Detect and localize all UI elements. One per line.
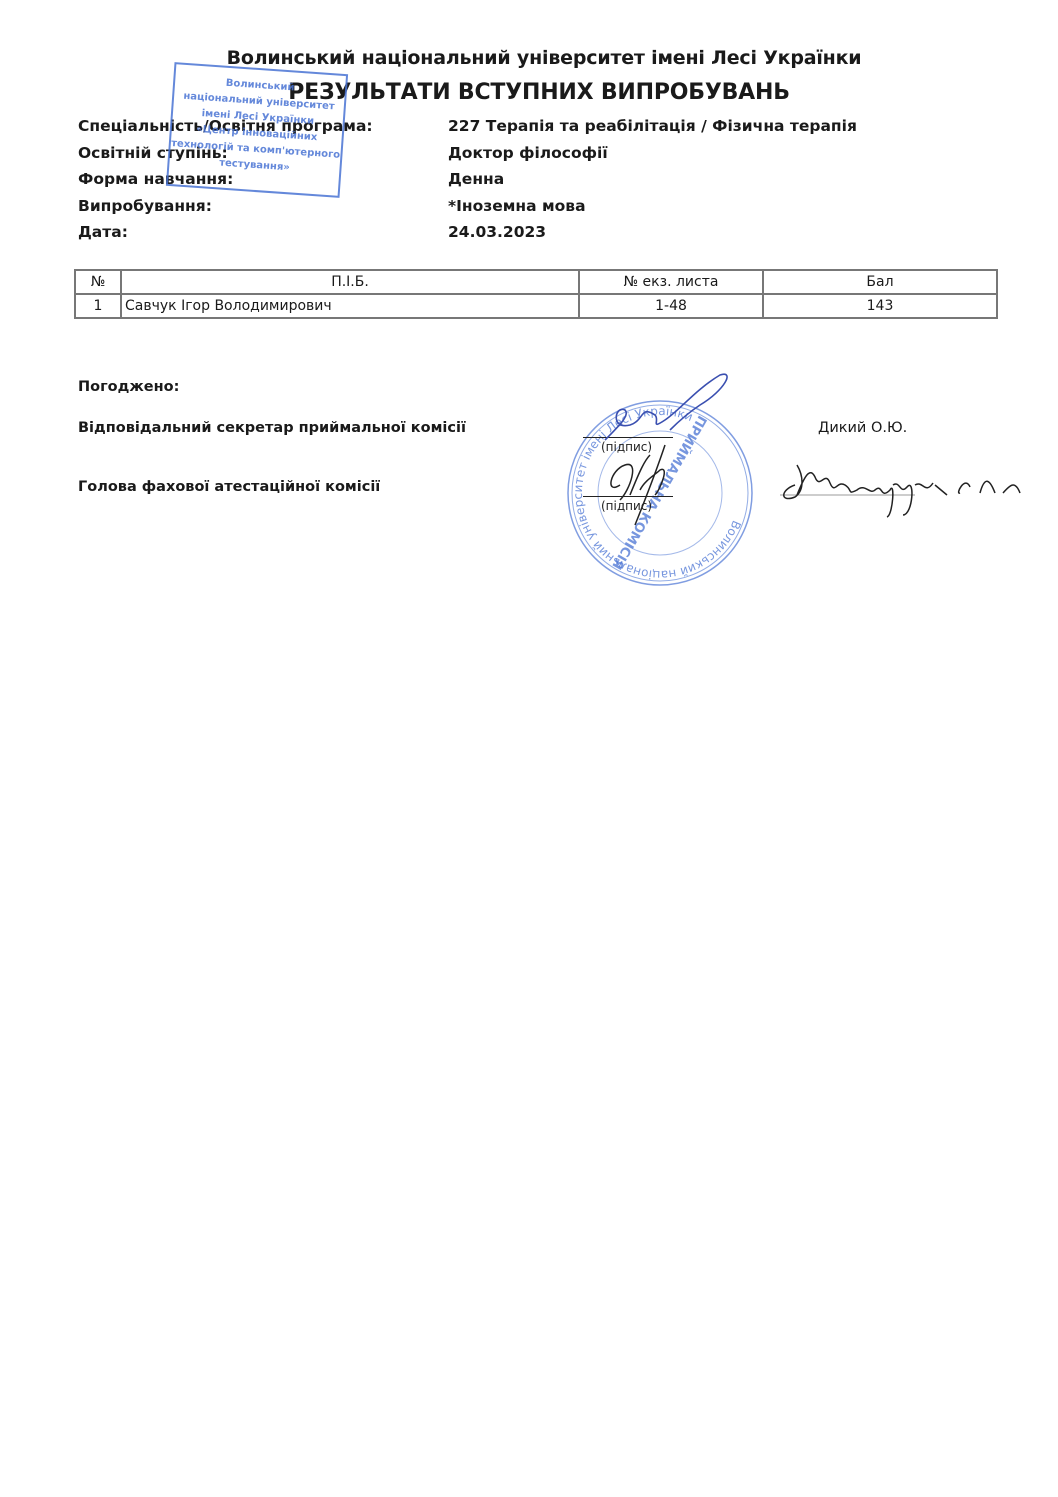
table-row: 1 Савчук Ігор Володимирович 1-48 143 <box>75 294 997 318</box>
cell-name: Савчук Ігор Володимирович <box>121 294 579 318</box>
header-name: П.І.Б. <box>121 270 579 294</box>
info-label: Дата: <box>78 223 448 241</box>
svg-text:Волинський національний універ: Волинський національний університет імен… <box>565 398 755 588</box>
document-title: РЕЗУЛЬТАТИ ВСТУПНИХ ВИПРОБУВАНЬ <box>0 80 1058 105</box>
info-value: 227 Терапія та реабілітація / Фізична те… <box>448 117 978 135</box>
signature-caption-1: (підпис) <box>601 440 652 454</box>
signature-line-2 <box>583 496 673 497</box>
round-stamp-outer-text: Волинський національний університет імен… <box>565 398 755 588</box>
info-label: Форма навчання: <box>78 170 448 188</box>
info-row-exam: Випробування: *Іноземна мова <box>78 193 978 220</box>
secretary-name: Дикий О.Ю. <box>818 420 907 436</box>
cell-number: 1 <box>75 294 121 318</box>
info-block: Спеціальність/Освітня програма: 227 Тера… <box>78 113 978 246</box>
info-row-date: Дата: 24.03.2023 <box>78 219 978 246</box>
info-label: Освітній ступінь: <box>78 144 448 162</box>
info-value: Денна <box>448 170 978 188</box>
info-row-specialty: Спеціальність/Освітня програма: 227 Тера… <box>78 113 978 140</box>
document-page: Волинський національний університет імен… <box>0 0 1058 1497</box>
cell-score: 143 <box>763 294 997 318</box>
info-label: Спеціальність/Освітня програма: <box>78 117 448 135</box>
head-name-handwritten: Макарук Л.Л. <box>775 455 1025 520</box>
secretary-label: Відповідальний секретар приймальної комі… <box>78 420 466 436</box>
university-name: Волинський національний університет імен… <box>0 47 1058 69</box>
header-number: № <box>75 270 121 294</box>
header-sheet: № екз. листа <box>579 270 763 294</box>
signature-line-1 <box>583 437 673 438</box>
table-header-row: № П.І.Б. № екз. листа Бал <box>75 270 997 294</box>
info-value: 24.03.2023 <box>448 223 978 241</box>
info-value: *Іноземна мова <box>448 197 978 215</box>
agreed-label: Погоджено: <box>78 379 179 395</box>
info-row-study-form: Форма навчання: Денна <box>78 166 978 193</box>
info-row-degree: Освітній ступінь: Доктор філософії <box>78 140 978 167</box>
cell-sheet: 1-48 <box>579 294 763 318</box>
round-stamp: Волинський національний університет імен… <box>565 398 755 588</box>
info-label: Випробування: <box>78 197 448 215</box>
signature-caption-2: (підпис) <box>601 499 652 513</box>
header-score: Бал <box>763 270 997 294</box>
secretary-signature <box>600 370 740 450</box>
info-value: Доктор філософії <box>448 144 978 162</box>
results-table: № П.І.Б. № екз. листа Бал 1 Савчук Ігор … <box>74 269 998 319</box>
head-label: Голова фахової атестаційної комісії <box>78 479 380 495</box>
